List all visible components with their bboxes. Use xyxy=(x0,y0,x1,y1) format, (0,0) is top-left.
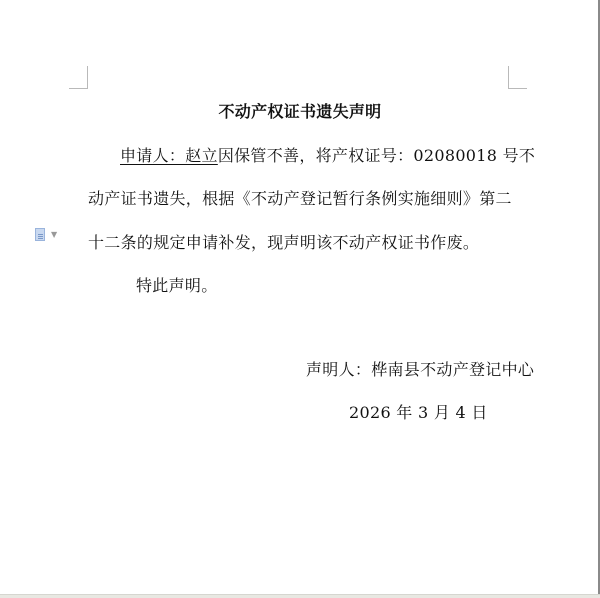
paragraph-line-2: 动产证书遗失，根据《不动产登记暂行条例实施细则》第二 xyxy=(88,186,512,209)
applicant-name: 申请人：赵立 xyxy=(120,146,218,165)
document-page: 不动产权证书遗失声明 申请人：赵立因保管不善，将产权证号：02080018 号不… xyxy=(0,0,598,593)
closing-text: 特此声明。 xyxy=(136,273,218,296)
paragraph-line-1: 申请人：赵立因保管不善，将产权证号：02080018 号不 xyxy=(120,143,535,166)
paragraph-line-1-text: 因保管不善，将产权证号：02080018 号不 xyxy=(218,146,535,165)
signature: 声明人：桦南县不动产登记中心 xyxy=(306,357,534,380)
paste-options-icon[interactable] xyxy=(35,228,45,241)
document-title: 不动产权证书遗失声明 xyxy=(0,99,600,122)
paragraph-line-3: 十二条的规定申请补发，现声明该不动产权证书作废。 xyxy=(88,230,479,253)
dropdown-caret-icon[interactable]: ▼ xyxy=(51,230,57,239)
horizontal-scrollbar-edge[interactable] xyxy=(0,594,600,598)
margin-corner-top-left xyxy=(69,66,88,89)
margin-corner-top-right xyxy=(508,66,527,89)
date: 2026 年 3 月 4 日 xyxy=(349,400,488,423)
